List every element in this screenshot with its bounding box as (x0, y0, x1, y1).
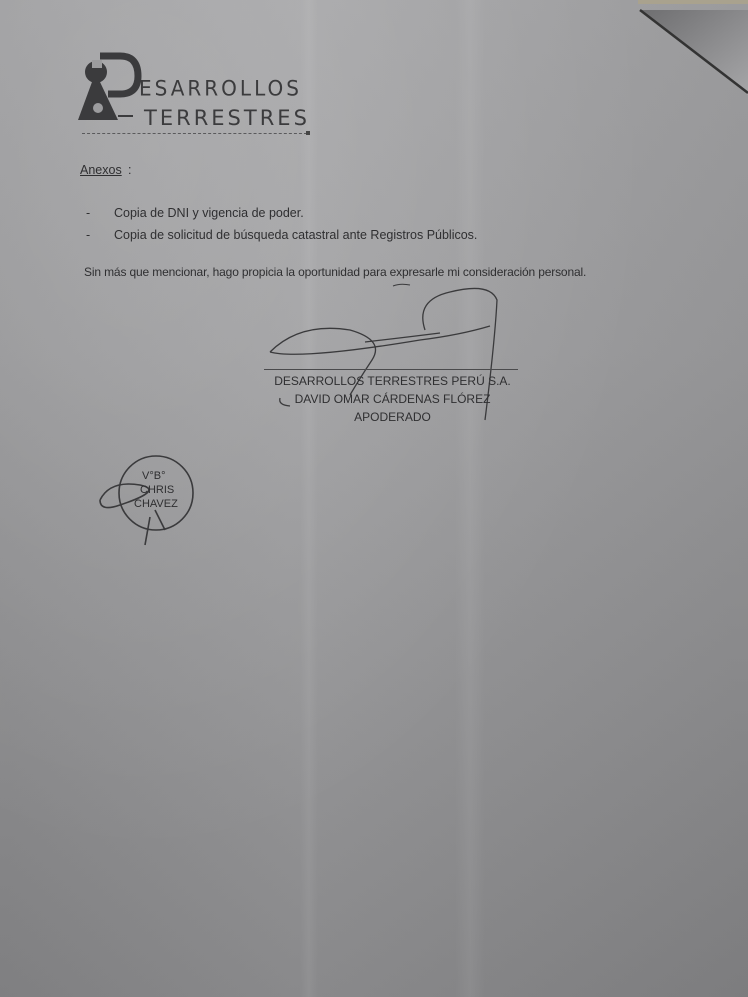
stamp-text-last-name: CHAVEZ (134, 498, 178, 510)
stamp-text-first-name: CHRIS (140, 484, 174, 496)
handwritten-signature-icon (0, 0, 748, 560)
stamp-text-vobo: V°B° (142, 470, 165, 482)
scanned-page: ESARROLLOS TERRESTRES Anexos : - Copia d… (0, 0, 748, 997)
signer-role: APODERADO (260, 410, 525, 424)
signature-line (264, 369, 518, 370)
signer-name: DAVID OMAR CÁRDENAS FLÓREZ (260, 392, 525, 406)
signer-company: DESARROLLOS TERRESTRES PERÚ S.A. (260, 374, 525, 388)
